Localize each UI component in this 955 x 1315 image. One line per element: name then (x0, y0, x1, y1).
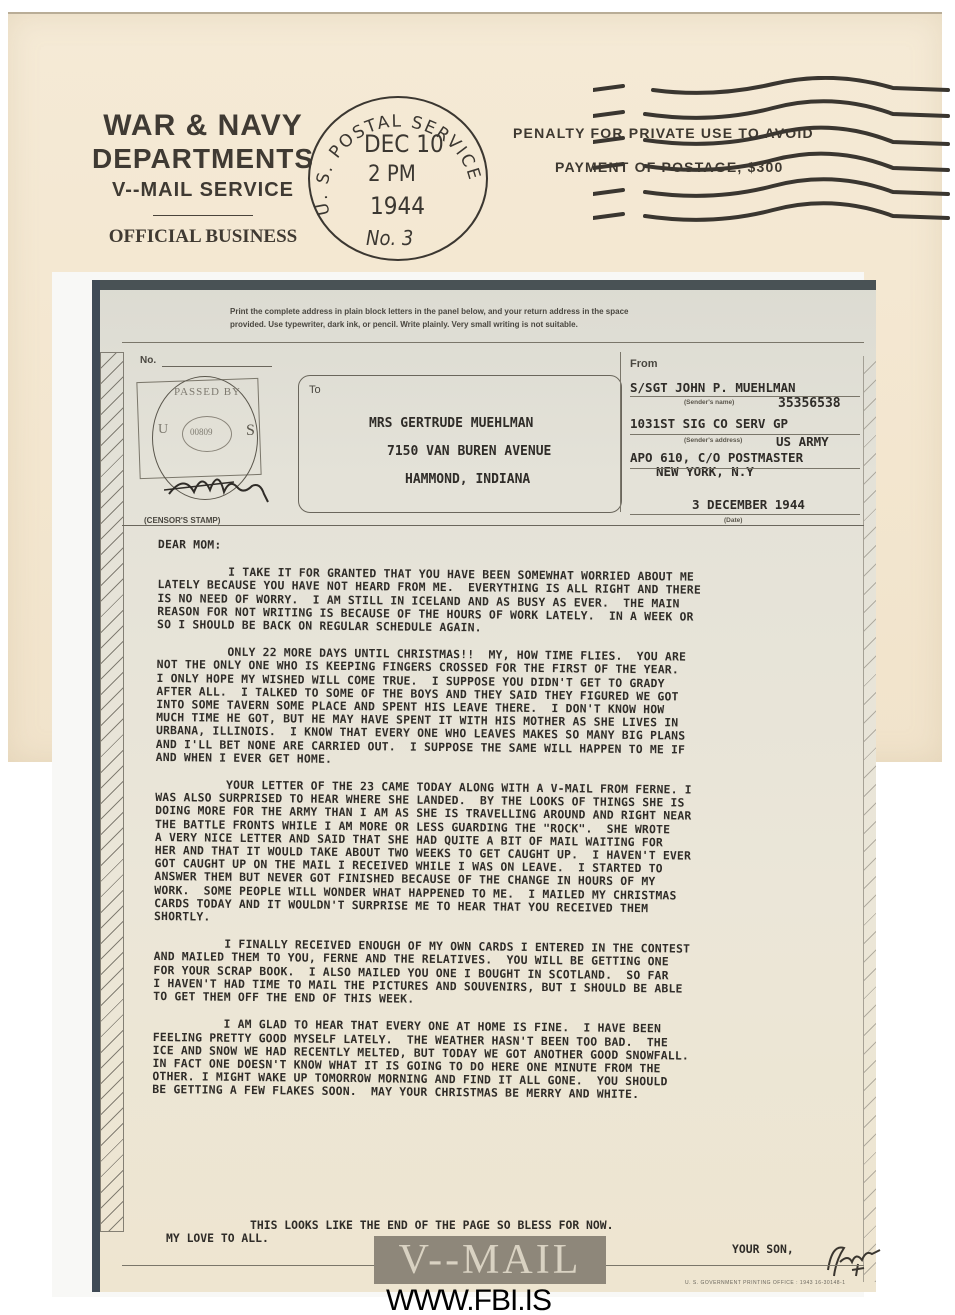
censor-stamp-label: (CENSOR'S STAMP) (144, 516, 220, 525)
letter-date: 3 DECEMBER 1944 (692, 497, 805, 512)
divider (630, 468, 860, 469)
divider (620, 352, 621, 512)
sender-name-caption: (Sender's name) (684, 399, 734, 406)
letter-body: DEAR MOM: I TAKE IT FOR GRANTED THAT YOU… (152, 538, 878, 1118)
divider (153, 215, 253, 216)
instructions-line1: Print the complete address in plain bloc… (230, 305, 730, 318)
watermark: WWW.FBI.IS (386, 1286, 551, 1315)
form-instructions: Print the complete address in plain bloc… (230, 305, 730, 331)
censor-passed-by: PASSED BY (174, 386, 241, 398)
instructions-line2: provided. Use typewriter, dark ink, or p… (230, 318, 730, 331)
penalty-line2: PAYMENT OF POSTAGE, $300 (513, 150, 814, 184)
number-label: No. (140, 355, 156, 366)
sender-org-line1: WAR & NAVY (68, 109, 338, 143)
service-name: V--MAIL SERVICE (68, 177, 338, 203)
signoff: YOUR SON, (732, 1242, 794, 1256)
paragraph-1: I TAKE IT FOR GRANTED THAT YOU HAVE BEEN… (157, 565, 878, 639)
signature-icon (822, 1240, 882, 1280)
penalty-line1: PENALTY FOR PRIVATE USE TO AVOID (513, 116, 814, 150)
printer-note: U. S. GOVERNMENT PRINTING OFFICE : 1943 … (685, 1280, 846, 1286)
divider (122, 342, 864, 343)
sender-address-block: From S/SGT JOHN P. MUEHLMAN (Sender's na… (630, 358, 870, 370)
sender-name: S/SGT JOHN P. MUEHLMAN (630, 380, 796, 395)
closing-line2: MY LOVE TO ALL. (166, 1231, 269, 1245)
date-caption: (Date) (724, 517, 742, 524)
salutation: DEAR MOM: (158, 538, 878, 559)
censor-stamp: PASSED BY 00809 U S (134, 372, 264, 512)
vmail-sheet: Print the complete address in plain bloc… (52, 272, 864, 1297)
recipient-address-panel: To MRS GERTRUDE MUEHLMAN 7150 VAN BUREN … (298, 375, 622, 513)
vmail-banner: V--MAIL (374, 1236, 606, 1284)
postmark: U. S. POSTAL SERVICE DEC 10 2 PM 1944 No… (308, 96, 488, 261)
censor-number: 00809 (190, 427, 213, 437)
sender-unit: 1031ST SIG CO SERV GP (630, 416, 788, 431)
recipient-city: HAMMOND, INDIANA (405, 472, 530, 487)
envelope-return-block: WAR & NAVY DEPARTMENTS V--MAIL SERVICE O… (68, 109, 338, 248)
paragraph-3: YOUR LETTER OF THE 23 CAME TODAY ALONG W… (154, 778, 875, 931)
to-label: To (309, 384, 321, 396)
vmail-photo-print: Print the complete address in plain bloc… (92, 280, 876, 1292)
postmark-number: No. 3 (366, 226, 413, 250)
censor-signature-icon (164, 464, 274, 504)
paragraph-4: I FINALLY RECEIVED ENOUGH OF MY OWN CARD… (153, 937, 874, 1011)
hatched-margin-left (100, 352, 124, 1232)
censor-letter-s: S (246, 422, 255, 440)
sender-army: US ARMY (776, 434, 829, 449)
sender-address-caption: (Sender's address) (684, 437, 742, 444)
penalty-notice: PENALTY FOR PRIVATE USE TO AVOID PAYMENT… (513, 116, 814, 184)
divider (122, 525, 864, 526)
sender-serial: 35356538 (778, 396, 841, 411)
censor-letter-u: U (158, 422, 168, 438)
number-field-line (162, 366, 272, 367)
paragraph-2: ONLY 22 MORE DAYS UNTIL CHRISTMAS!! MY, … (156, 645, 877, 771)
sender-city: NEW YORK, N.Y (656, 464, 754, 479)
sender-org-line2: DEPARTMENTS (68, 143, 338, 175)
postmark-date: DEC 10 (364, 130, 444, 158)
recipient-street: 7150 VAN BUREN AVENUE (387, 444, 551, 459)
postmark-time: 2 PM (368, 162, 416, 187)
print-edge (100, 280, 876, 290)
official-business: OFFICIAL BUSINESS (68, 226, 338, 248)
closing-line1: THIS LOOKS LIKE THE END OF THE PAGE SO B… (250, 1218, 613, 1232)
sender-apo: APO 610, C/O POSTMASTER (630, 450, 803, 465)
from-label: From (630, 358, 870, 370)
paragraph-5: I AM GLAD TO HEAR THAT EVERY ONE AT HOME… (152, 1017, 873, 1104)
postmark-year: 1944 (370, 192, 425, 220)
recipient-name: MRS GERTRUDE MUEHLMAN (369, 416, 533, 431)
divider (630, 514, 860, 515)
